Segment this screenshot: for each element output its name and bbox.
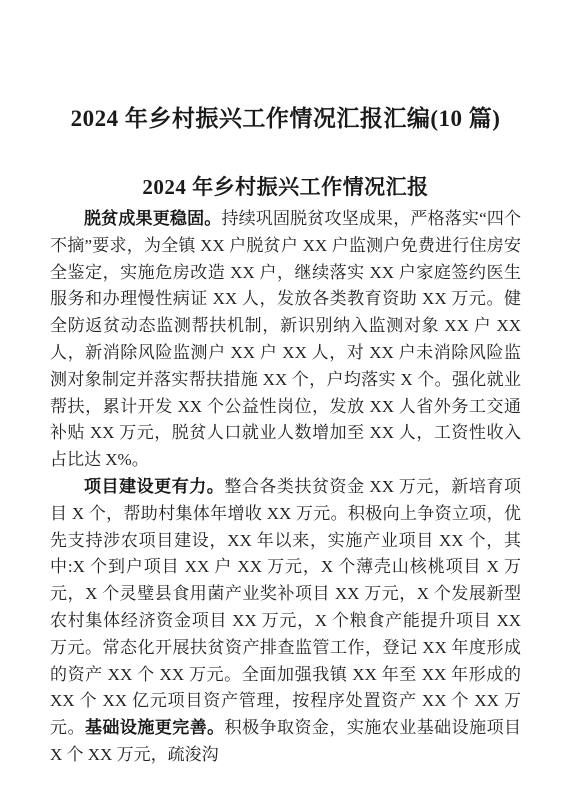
document-title: 2024 年乡村振兴工作情况汇报汇编(10 篇) [50,102,521,136]
section-title: 2024 年乡村振兴工作情况汇报 [50,172,521,202]
paragraph-project-construction: 项目建设更有力。整合各类扶贫资金 XX 万元，新培育项目 X 个，帮助村集体年增… [50,474,521,769]
paragraph-text: 整合各类扶贫资金 XX 万元，新培育项目 X 个，帮助村集体年增收 XX 万元。… [50,477,521,737]
paragraph-text: 持续巩固脱贫攻坚成果，严格落实“四个不摘”要求，为全镇 XX 户脱贫户 XX 户… [50,209,521,469]
paragraph-poverty-results: 脱贫成果更稳固。持续巩固脱贫攻坚成果，严格落实“四个不摘”要求，为全镇 XX 户… [50,206,521,474]
document-page: 2024 年乡村振兴工作情况汇报汇编(10 篇) 2024 年乡村振兴工作情况汇… [0,0,570,807]
topic-sentence-projects: 项目建设更有力。 [84,477,224,496]
topic-sentence-infrastructure: 基础设施更完善。 [85,718,225,737]
topic-sentence-poverty: 脱贫成果更稳固。 [84,209,221,228]
document-body: 脱贫成果更稳固。持续巩固脱贫攻坚成果，严格落实“四个不摘”要求，为全镇 XX 户… [50,206,521,769]
